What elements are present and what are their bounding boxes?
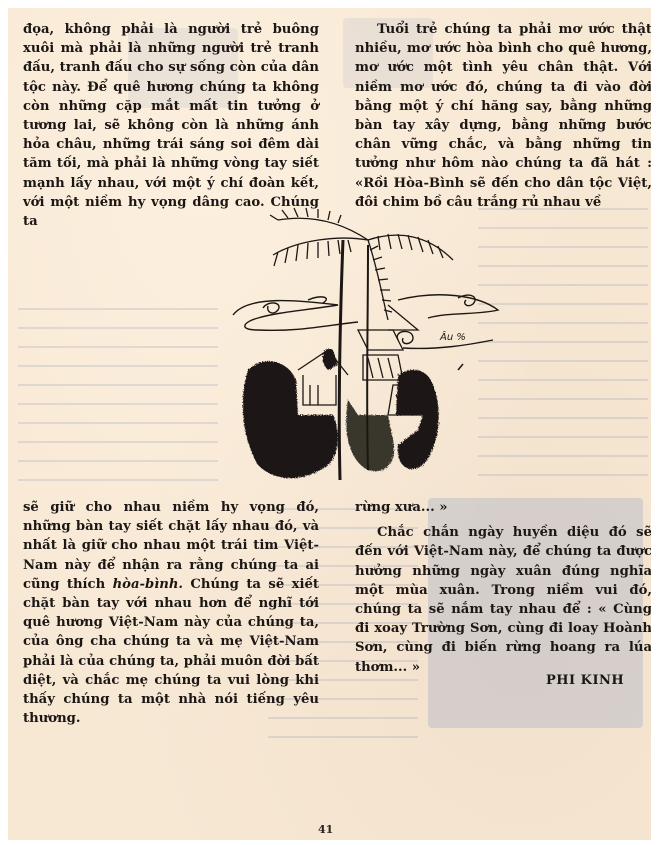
paragraph-text: Chúng ta sẽ xiết chặt bàn tay với nhau h… bbox=[23, 577, 319, 726]
bleed-through-text-mid-left bbox=[18, 308, 218, 488]
quote-continuation: rừng xưa... » bbox=[355, 498, 651, 517]
magazine-page: đọa, không phải là người trẻ buông xuôi … bbox=[8, 8, 651, 840]
article-paragraph: sẽ giữ cho nhau niềm hy vọng đó, những b… bbox=[23, 498, 319, 728]
article-paragraph: Tuổi trẻ chúng ta phải mơ ước thật nhiều… bbox=[355, 20, 651, 212]
italic-emphasis: hòa-bình. bbox=[113, 577, 183, 592]
article-column-left-bottom: sẽ giữ cho nhau niềm hy vọng đó, những b… bbox=[23, 498, 319, 728]
page-number: 41 bbox=[318, 823, 333, 836]
author-signature: PHI KINH bbox=[546, 673, 624, 688]
article-paragraph: Chắc chắn ngày huyền diệu đó sẽ đến với … bbox=[355, 523, 651, 677]
article-column-right-top: Tuổi trẻ chúng ta phải mơ ước thật nhiều… bbox=[355, 20, 651, 212]
article-column-right-bottom: rừng xưa... » Chắc chắn ngày huyền diệu … bbox=[355, 498, 651, 677]
illustrator-signature: Âu % bbox=[440, 332, 466, 343]
